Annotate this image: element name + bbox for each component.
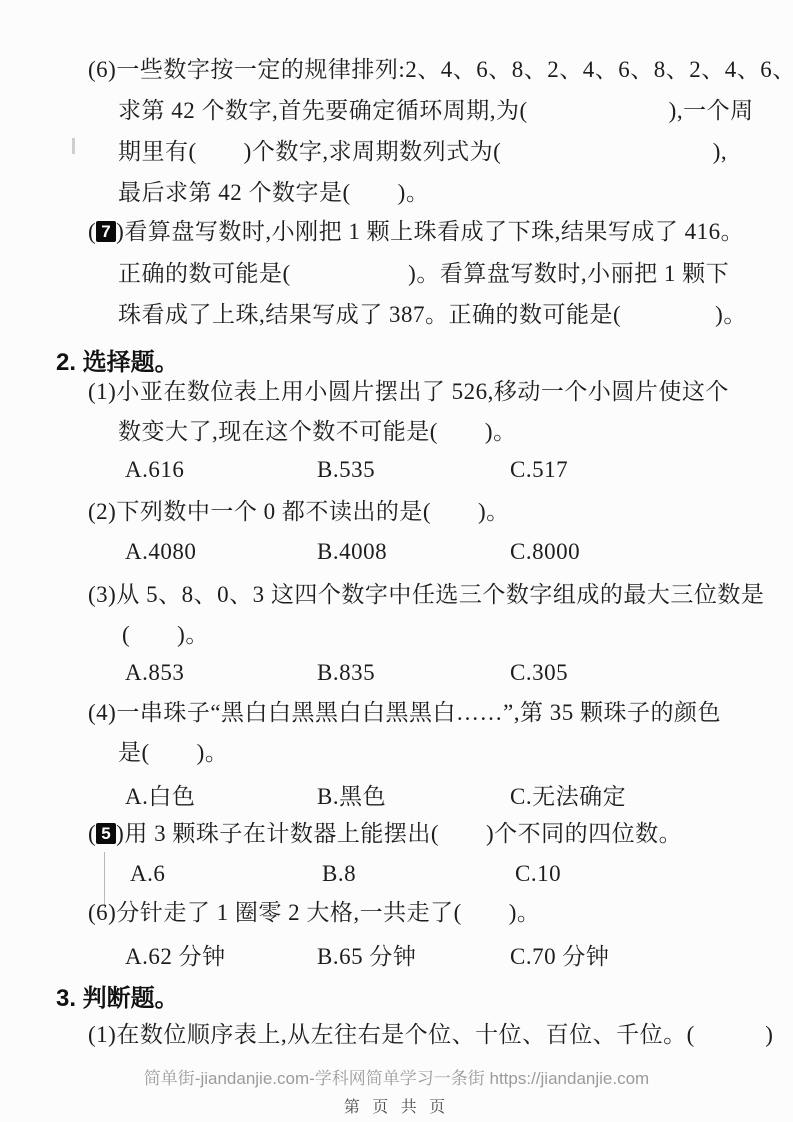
q2-6-option-c: C.70 分钟 (510, 938, 609, 971)
footer-watermark: 简单街-jiandanjie.com-学科网简单学习一条街 https://ji… (0, 1064, 793, 1089)
q2-6-option-a: A.62 分钟 (125, 938, 317, 971)
q1-6-line1: (6)一些数字按一定的规律排列:2、4、6、8、2、4、6、8、2、4、6、8…… (88, 56, 793, 84)
q2-1-option-a: A.616 (125, 457, 317, 483)
q2-4-line1: (4)一串珠子“黑白白黑黑白白黑黑白……”,第 35 颗珠子的颜色 (88, 699, 721, 727)
q1-7-line3: 珠看成了上珠,结果写成了 387。正确的数可能是( )。 (118, 301, 747, 329)
q2-2-line1: (2)下列数中一个 0 都不读出的是( )。 (88, 498, 510, 526)
q2-5-options: A.6 B.8 C.10 (130, 861, 561, 887)
q2-4-options: A.白色 B.黑色 C.无法确定 (125, 778, 626, 811)
q2-1-line2: 数变大了,现在这个数不可能是( )。 (118, 418, 517, 446)
q1-6-line2: 求第 42 个数字,首先要确定循环周期,为( ),一个周 (118, 97, 754, 125)
q2-3-line1: (3)从 5、8、0、3 这四个数字中任选三个数字组成的最大三位数是 (88, 581, 764, 609)
q2-2-option-a: A.4080 (125, 539, 317, 565)
q3-1-row: (1)在数位顺序表上,从左往右是个位、十位、百位、千位。 ( ) (88, 1016, 748, 1049)
q3-1-text: (1)在数位顺序表上,从左往右是个位、十位、百位、千位。 (88, 1016, 687, 1049)
q2-6-options: A.62 分钟 B.65 分钟 C.70 分钟 (125, 938, 609, 971)
q2-2-option-b: B.4008 (317, 539, 510, 565)
section2-title: 2. 选择题。 (56, 342, 179, 377)
q2-4-option-b: B.黑色 (317, 778, 510, 811)
q1-7-line2: 正确的数可能是( )。看算盘写数时,小丽把 1 颗下 (118, 260, 729, 288)
scan-artifact-smudge (72, 138, 75, 154)
q2-3-option-c: C.305 (510, 660, 568, 686)
q2-3-option-a: A.853 (125, 660, 317, 686)
q1-7-line1-text: 看算盘写数时,小刚把 1 颗上珠看成了下珠,结果写成了 416。 (124, 219, 744, 244)
q2-6-line1: (6)分针走了 1 圈零 2 大格,一共走了( )。 (88, 899, 540, 927)
worksheet-page: (6)一些数字按一定的规律排列:2、4、6、8、2、4、6、8、2、4、6、8…… (0, 0, 793, 1122)
q2-3-line2: ( )。 (122, 621, 209, 649)
q2-1-options: A.616 B.535 C.517 (125, 457, 568, 483)
q2-6-option-b: B.65 分钟 (317, 938, 510, 971)
boxed-question-number-5: 5 (96, 823, 116, 844)
q2-5-option-b: B.8 (322, 861, 515, 887)
q2-3-option-b: B.835 (317, 660, 510, 686)
paren-open: ( (88, 219, 96, 244)
q2-5-option-a: A.6 (130, 861, 322, 887)
q2-1-line1: (1)小亚在数位表上用小圆片摆出了 526,移动一个小圆片使这个 (88, 378, 729, 406)
q1-6-line3: 期里有( )个数字,求周期数列式为( ), (118, 138, 727, 166)
paren-open: ( (88, 821, 96, 846)
q2-5-option-c: C.10 (515, 861, 561, 887)
q2-4-line2: 是( )。 (118, 739, 228, 767)
q2-1-option-c: C.517 (510, 457, 568, 483)
q2-3-options: A.853 B.835 C.305 (125, 660, 568, 686)
footer-page-number: 第 页 共 页 (0, 1094, 793, 1117)
section3-title: 3. 判断题。 (56, 978, 179, 1013)
boxed-question-number-7: 7 (96, 221, 116, 242)
q1-7-line1: (7)看算盘写数时,小刚把 1 颗上珠看成了下珠,结果写成了 416。 (88, 218, 744, 246)
q2-2-options: A.4080 B.4008 C.8000 (125, 539, 580, 565)
q2-5-line1: (5)用 3 颗珠子在计数器上能摆出( )个不同的四位数。 (88, 820, 682, 848)
q2-4-option-c: C.无法确定 (510, 778, 626, 811)
q2-5-line1-text: 用 3 颗珠子在计数器上能摆出( )个不同的四位数。 (124, 821, 682, 846)
q2-4-option-a: A.白色 (125, 778, 317, 811)
q1-6-line4: 最后求第 42 个数字是( )。 (118, 179, 429, 207)
q2-1-option-b: B.535 (317, 457, 510, 483)
q3-1-answer-blank: ( ) (687, 1016, 774, 1049)
q2-2-option-c: C.8000 (510, 539, 580, 565)
